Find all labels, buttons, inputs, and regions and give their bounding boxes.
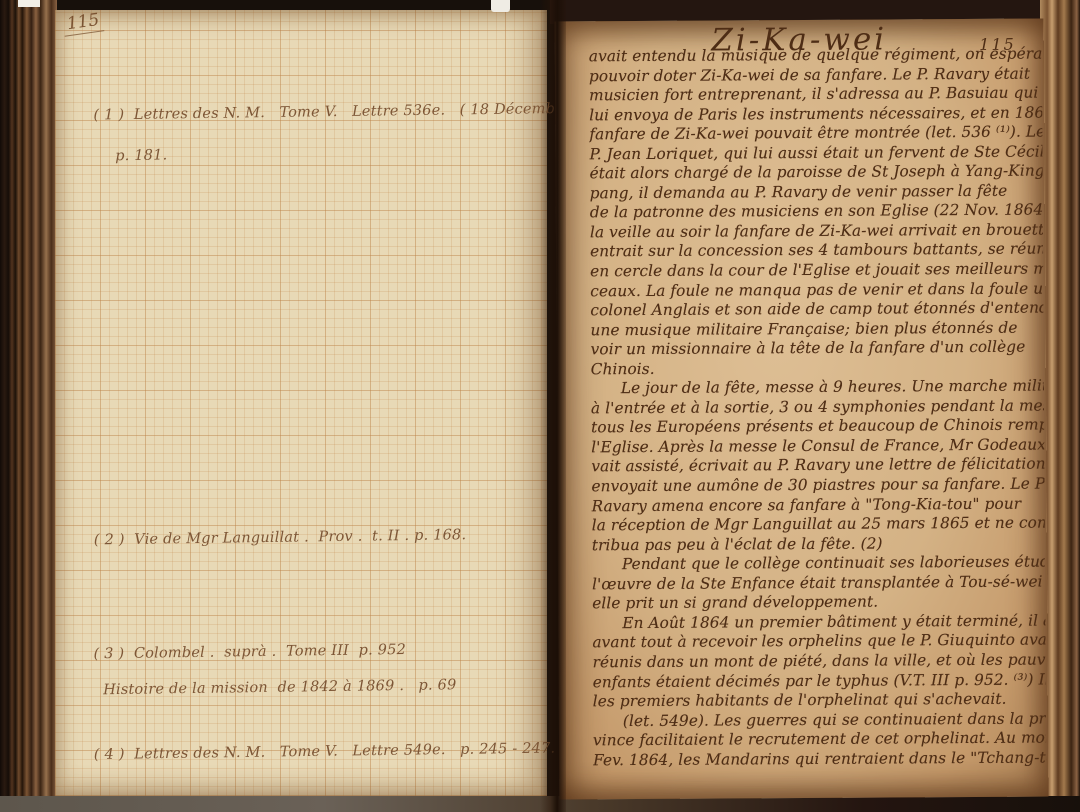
manuscript-line: voir un missionnaire à la tête de la fan… [591, 338, 1044, 360]
manuscript-line: Ravary amena encore sa fanfare à "Tong-K… [592, 494, 1045, 516]
footnote-2-line-1: ( 2 ) Vie de Mgr Languillat . Prov . t. … [94, 527, 467, 548]
manuscript-line: enfants étaient décimés par le typhus (V… [593, 670, 1046, 692]
manuscript-line: En Août 1864 un premier bâtiment y était… [592, 611, 1045, 633]
footnote-3-line-1: ( 3 ) Colombel . suprà . Tome III p. 952 [93, 642, 406, 662]
manuscript-line: vince facilitaient le recrutement de cet… [593, 729, 1046, 751]
manuscript-line: elle prit un si grand développement. [592, 592, 1045, 614]
manuscript-line: Le jour de la fête, messe à 9 heures. Un… [591, 377, 1044, 399]
manuscript-line: envoyait une aumône de 30 piastres pour … [591, 475, 1044, 497]
manuscript-text-block: avait entendu la musique de quelque régi… [589, 45, 1047, 800]
manuscript-line: tous les Européens présents et beaucoup … [591, 416, 1044, 438]
book-spine-shadow [540, 0, 566, 812]
footnote-4-line-1: ( 4 ) Lettres des N. M. Tome V. Lettre 5… [94, 741, 556, 763]
manuscript-line: les premiers habitants de l'orphelinat q… [593, 690, 1046, 712]
manuscript-line: la réception de Mgr Languillat au 25 mar… [592, 514, 1045, 536]
left-page-number: 115 [62, 9, 105, 36]
manuscript-line: tribua pas peu à l'éclat de la fête. (2) [592, 533, 1045, 555]
manuscript-line: réunis dans un mont de piété, dans la vi… [592, 650, 1045, 672]
right-page: Zi-Ka-wei 115 avait entendu la musique d… [555, 19, 1049, 800]
background-notch-center [491, 0, 510, 12]
manuscript-line: colonel Anglais et son aide de camp tout… [590, 299, 1043, 321]
footnote-3: ( 3 ) Colombel . suprà . Tome III p. 952… [64, 625, 457, 730]
manuscript-line: en cercle dans la cour de l'Eglise et jo… [590, 260, 1043, 282]
footnote-3-line-2: Histoire de la mission de 1842 à 1869 . … [103, 677, 457, 698]
manuscript-line: l'œuvre de la Ste Enfance était transpla… [592, 572, 1045, 594]
manuscript-line: de la patronne des musiciens en son Egli… [590, 201, 1043, 223]
left-page: 115 ( 1 ) Lettres des N. M. Tome V. Lett… [55, 10, 547, 796]
footnote-2: ( 2 ) Vie de Mgr Languillat . Prov . t. … [65, 511, 467, 565]
manuscript-line: Pendant que le collège continuait ses la… [592, 553, 1045, 575]
manuscript-line: musicien fort entreprenant, il s'adressa… [589, 84, 1042, 106]
footnote-4: ( 4 ) Lettres des N. M. Tome V. Lettre 5… [65, 725, 556, 780]
book-left-page-edges [0, 0, 57, 812]
background-notch-left [18, 0, 40, 7]
book-scan-scene: 115 ( 1 ) Lettres des N. M. Tome V. Lett… [0, 0, 1080, 812]
manuscript-line: avant tout à recevoir les orphelins que … [592, 631, 1045, 653]
manuscript-line: fanfare de Zi-Ka-wei pouvait être montré… [589, 123, 1042, 145]
manuscript-line: avait entendu la musique de quelque régi… [589, 45, 1042, 67]
manuscript-line: était alors chargé de la paroisse de St … [590, 162, 1043, 184]
manuscript-line: Fev. 1864, les Mandarins qui rentraient … [593, 748, 1046, 770]
